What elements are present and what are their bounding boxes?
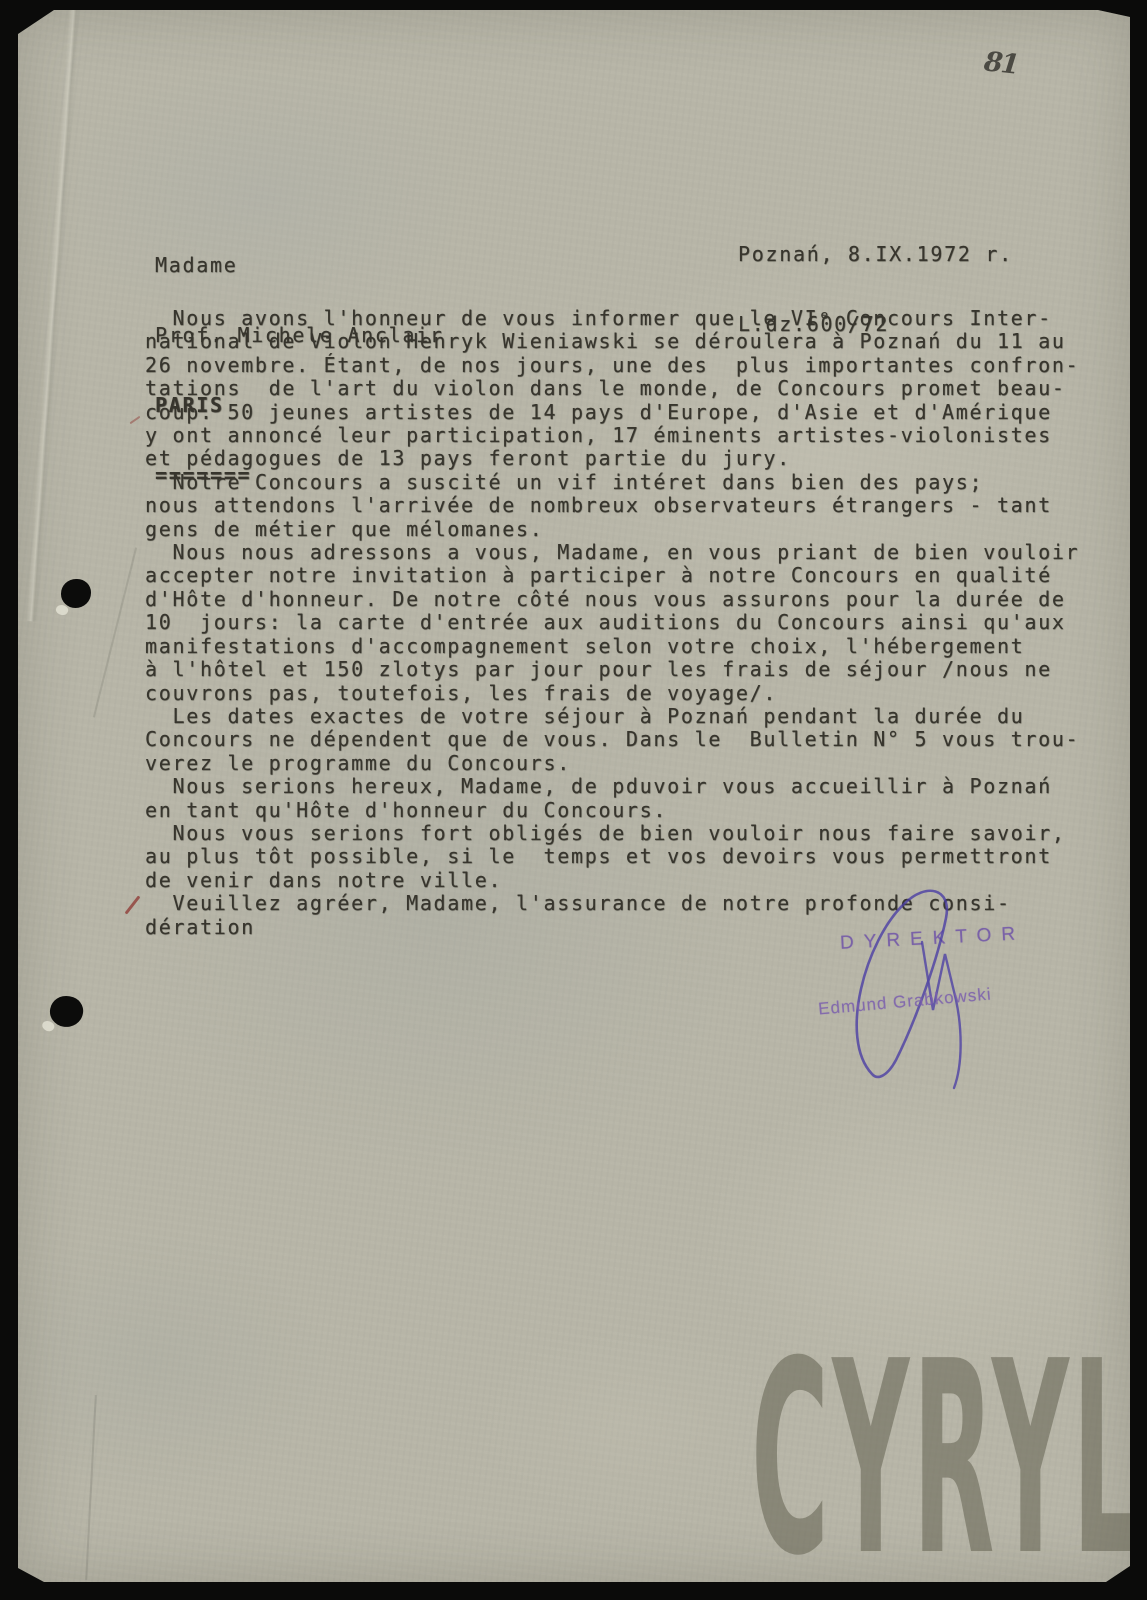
letter-line: à l'hôtel et 150 zlotys par jour pour le… bbox=[145, 658, 1079, 681]
letter-line: tations de l'art du violon dans le monde… bbox=[145, 377, 1079, 400]
letter-line: nous attendons l'arrivée de nombreux obs… bbox=[145, 494, 1079, 517]
handwritten-page-number: 81 bbox=[982, 46, 1019, 80]
recipient-line: Madame bbox=[155, 254, 444, 277]
punch-hole bbox=[61, 579, 91, 608]
letter-line: Nous avons l'honneur de vous informer qu… bbox=[145, 307, 1079, 330]
letter-line: verez le programme du Concours. bbox=[145, 752, 1079, 775]
letter-line: Nous vous serions fort obligés de bien v… bbox=[145, 822, 1079, 845]
letter-line: en tant qu'Hôte d'honneur du Concours. bbox=[145, 799, 1079, 822]
paper-fold-crease bbox=[18, 2, 87, 622]
letter-line: national de Violon Henryk Wieniawski se … bbox=[145, 330, 1079, 353]
letter-line: y ont annoncé leur participation, 17 émi… bbox=[145, 424, 1079, 447]
letter-line: accepter notre invitation à participer à… bbox=[145, 564, 1079, 587]
letter-line: manifestations d'accompagnement selon vo… bbox=[145, 635, 1079, 658]
red-pencil-tick bbox=[130, 416, 141, 425]
letter-line: Notre Concours a suscité un vif intéret … bbox=[145, 471, 1079, 494]
letter-line: 10 jours: la carte d'entrée aux audition… bbox=[145, 611, 1079, 634]
paper-crease bbox=[93, 547, 137, 717]
letter-line: couvrons pas, toutefois, les frais de vo… bbox=[145, 682, 1079, 705]
letter-line: 26 novembre. Étant, de nos jours, une de… bbox=[145, 354, 1079, 377]
red-pencil-tick bbox=[125, 895, 141, 914]
letter-line: Concours ne dépendent que de vous. Dans … bbox=[145, 728, 1079, 751]
letter-line: coup. 50 jeunes artistes de 14 pays d'Eu… bbox=[145, 401, 1079, 424]
letter-line: Nous nous adressons a vous, Madame, en v… bbox=[145, 541, 1079, 564]
paper-sheet: 81 Poznań, 8.IX.1972 r. L.dz.600/72 Mada… bbox=[18, 10, 1130, 1582]
punch-hole bbox=[48, 993, 86, 1029]
cyryl-archive-watermark: CYRYL bbox=[751, 1326, 1143, 1592]
letter-line: Les dates exactes de votre séjour à Pozn… bbox=[145, 705, 1079, 728]
letter-line: gens de métier que mélomanes. bbox=[145, 518, 1079, 541]
letter-line: Nous serions hereux, Madame, de pduvoir … bbox=[145, 775, 1079, 798]
paper-crease bbox=[85, 1395, 97, 1580]
letter-body: Nous avons l'honneur de vous informer qu… bbox=[145, 307, 1079, 939]
letter-line: d'Hôte d'honneur. De notre côté nous vou… bbox=[145, 588, 1079, 611]
letter-line: au plus tôt possible, si le temps et vos… bbox=[145, 845, 1079, 868]
place-date: Poznań, 8.IX.1972 r. bbox=[738, 243, 1013, 266]
letter-line: et pédagogues de 13 pays feront partie d… bbox=[145, 447, 1079, 470]
